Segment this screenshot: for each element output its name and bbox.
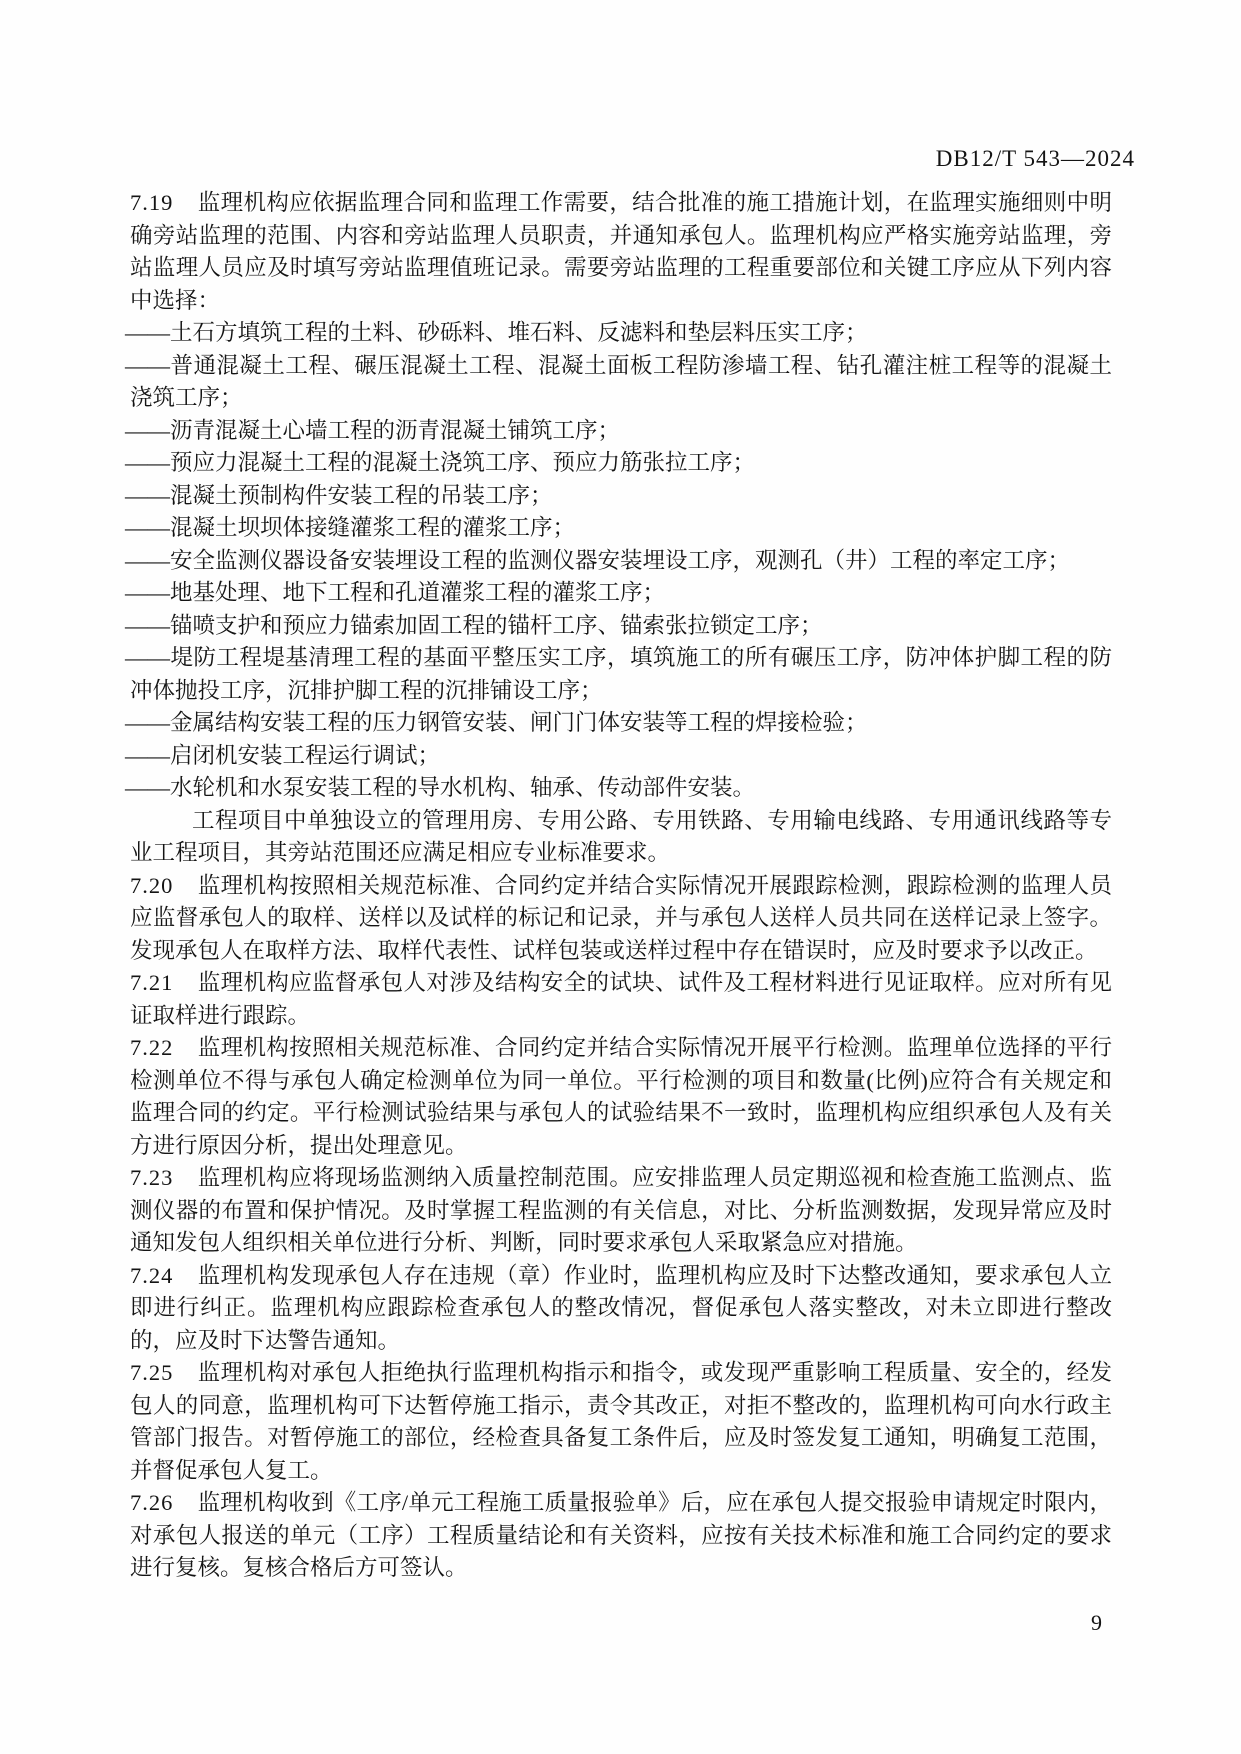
em-dash: ——: [125, 613, 170, 638]
em-dash: ——: [125, 710, 170, 735]
clause-7-19-supplement: 工程项目中单独设立的管理用房、专用公路、专用铁路、专用输电线路、专用通讯线路等专…: [130, 805, 1112, 870]
clause-text: 监理机构应将现场监测纳入质量控制范围。应安排监理人员定期巡视和检查施工监测点、监…: [130, 1165, 1112, 1255]
em-dash: ——: [125, 743, 170, 768]
clause-7-25: 7.25监理机构对承包人拒绝执行监理机构指示和指令，或发现严重影响工程质量、安全…: [130, 1357, 1112, 1487]
page-number: 9: [1091, 1610, 1102, 1635]
standard-document-page: DB12/T 543—2024 7.19监理机构应依据监理合同和监理工作需要，结…: [0, 0, 1241, 1754]
em-dash: ——: [125, 450, 170, 475]
clause-number: 7.25: [130, 1360, 173, 1385]
em-dash: ——: [125, 548, 170, 573]
station-list-item-text: 混凝土预制构件安装工程的吊装工序；: [170, 483, 553, 508]
clause-7-24: 7.24监理机构发现承包人存在违规（章）作业时，监理机构应及时下达整改通知，要求…: [130, 1260, 1112, 1358]
clause-7-23: 7.23监理机构应将现场监测纳入质量控制范围。应安排监理人员定期巡视和检查施工监…: [130, 1162, 1112, 1260]
clause-number: 7.24: [130, 1263, 173, 1288]
station-list-item-11: ——金属结构安装工程的压力钢管安装、闸门门体安装等工程的焊接检验；: [130, 707, 1112, 740]
station-list-item-text: 混凝土坝坝体接缝灌浆工程的灌浆工序；: [170, 515, 575, 540]
page-footer: 9: [131, 1610, 1102, 1636]
clause-text: 监理机构按照相关规范标准、合同约定并结合实际情况开展平行检测。监理单位选择的平行…: [130, 1035, 1112, 1158]
station-list-item-6: ——混凝土坝坝体接缝灌浆工程的灌浆工序；: [130, 512, 1112, 545]
em-dash: ——: [125, 418, 170, 443]
doc-code: DB12/T 543—2024: [936, 146, 1135, 171]
clause-number: 7.20: [130, 873, 173, 898]
station-list-item-8: ——地基处理、地下工程和孔道灌浆工程的灌浆工序；: [130, 577, 1112, 610]
em-dash: ——: [125, 645, 170, 670]
clause-text: 监理机构发现承包人存在违规（章）作业时，监理机构应及时下达整改通知，要求承包人立…: [130, 1263, 1112, 1353]
clause-7-21: 7.21监理机构应监督承包人对涉及结构安全的试块、试件及工程材料进行见证取样。应…: [130, 967, 1112, 1032]
em-dash: ——: [125, 515, 170, 540]
clause-text: 监理机构应依据监理合同和监理工作需要，结合批准的施工措施计划，在监理实施细则中明…: [130, 190, 1112, 313]
station-list-item-text: 普通混凝土工程、碾压混凝土工程、混凝土面板工程防渗墙工程、钻孔灌注桩工程等的混凝…: [130, 353, 1112, 411]
em-dash: ——: [125, 580, 170, 605]
station-list-item-text: 金属结构安装工程的压力钢管安装、闸门门体安装等工程的焊接检验；: [170, 710, 868, 735]
clause-number: 7.22: [130, 1035, 173, 1060]
clause-7-19: 7.19监理机构应依据监理合同和监理工作需要，结合批准的施工措施计划，在监理实施…: [130, 187, 1112, 317]
station-list-item-2: ——普通混凝土工程、碾压混凝土工程、混凝土面板工程防渗墙工程、钻孔灌注桩工程等的…: [130, 350, 1112, 415]
station-list-item-text: 沥青混凝土心墙工程的沥青混凝土铺筑工序；: [170, 418, 620, 443]
em-dash: ——: [125, 320, 170, 345]
clause-7-22: 7.22监理机构按照相关规范标准、合同约定并结合实际情况开展平行检测。监理单位选…: [130, 1032, 1112, 1162]
station-list-item-text: 安全监测仪器设备安装埋设工程的监测仪器安装埋设工序，观测孔（井）工程的率定工序；: [170, 548, 1070, 573]
station-list-item-1: ——土石方填筑工程的土料、砂砾料、堆石料、反滤料和垫层料压实工序；: [130, 317, 1112, 350]
clause-number: 7.19: [130, 190, 173, 215]
station-list-item-10: ——堤防工程堤基清理工程的基面平整压实工序，填筑施工的所有碾压工序，防冲体护脚工…: [130, 642, 1112, 707]
station-list-item-9: ——锚喷支护和预应力锚索加固工程的锚杆工序、锚索张拉锁定工序；: [130, 610, 1112, 643]
station-list-item-text: 水轮机和水泵安装工程的导水机构、轴承、传动部件安装。: [170, 775, 755, 800]
clause-text: 监理机构按照相关规范标准、合同约定并结合实际情况开展跟踪检测，跟踪检测的监理人员…: [130, 873, 1112, 963]
station-list-item-text: 预应力混凝土工程的混凝土浇筑工序、预应力筋张拉工序；: [170, 450, 755, 475]
page-header: DB12/T 543—2024: [131, 146, 1135, 172]
station-list-item-text: 锚喷支护和预应力锚索加固工程的锚杆工序、锚索张拉锁定工序；: [170, 613, 823, 638]
station-list-item-text: 启闭机安装工程运行调试；: [170, 743, 440, 768]
clause-text: 监理机构收到《工序/单元工程施工质量报验单》后，应在承包人提交报验申请规定时限内…: [130, 1490, 1112, 1580]
clause-number: 7.21: [130, 970, 173, 995]
document-body: 7.19监理机构应依据监理合同和监理工作需要，结合批准的施工措施计划，在监理实施…: [130, 187, 1112, 1585]
station-list-item-text: 土石方填筑工程的土料、砂砾料、堆石料、反滤料和垫层料压实工序；: [170, 320, 868, 345]
station-list-item-12: ——启闭机安装工程运行调试；: [130, 740, 1112, 773]
station-list-item-4: ——预应力混凝土工程的混凝土浇筑工序、预应力筋张拉工序；: [130, 447, 1112, 480]
station-list-item-3: ——沥青混凝土心墙工程的沥青混凝土铺筑工序；: [130, 415, 1112, 448]
clause-text: 监理机构应监督承包人对涉及结构安全的试块、试件及工程材料进行见证取样。应对所有见…: [130, 970, 1112, 1028]
clause-7-26: 7.26监理机构收到《工序/单元工程施工质量报验单》后，应在承包人提交报验申请规…: [130, 1487, 1112, 1585]
station-list-item-text: 堤防工程堤基清理工程的基面平整压实工序，填筑施工的所有碾压工序，防冲体护脚工程的…: [130, 645, 1112, 703]
station-list-item-5: ——混凝土预制构件安装工程的吊装工序；: [130, 480, 1112, 513]
em-dash: ——: [125, 775, 170, 800]
station-list-item-7: ——安全监测仪器设备安装埋设工程的监测仪器安装埋设工序，观测孔（井）工程的率定工…: [130, 545, 1112, 578]
clause-7-20: 7.20监理机构按照相关规范标准、合同约定并结合实际情况开展跟踪检测，跟踪检测的…: [130, 870, 1112, 968]
clause-number: 7.23: [130, 1165, 173, 1190]
clause-number: 7.26: [130, 1490, 173, 1515]
paragraph-text: 工程项目中单独设立的管理用房、专用公路、专用铁路、专用输电线路、专用通讯线路等专…: [130, 808, 1112, 866]
clause-text: 监理机构对承包人拒绝执行监理机构指示和指令，或发现严重影响工程质量、安全的，经发…: [130, 1360, 1112, 1483]
em-dash: ——: [125, 353, 170, 378]
station-list-item-13: ——水轮机和水泵安装工程的导水机构、轴承、传动部件安装。: [130, 772, 1112, 805]
station-list-item-text: 地基处理、地下工程和孔道灌浆工程的灌浆工序；: [170, 580, 665, 605]
em-dash: ——: [125, 483, 170, 508]
